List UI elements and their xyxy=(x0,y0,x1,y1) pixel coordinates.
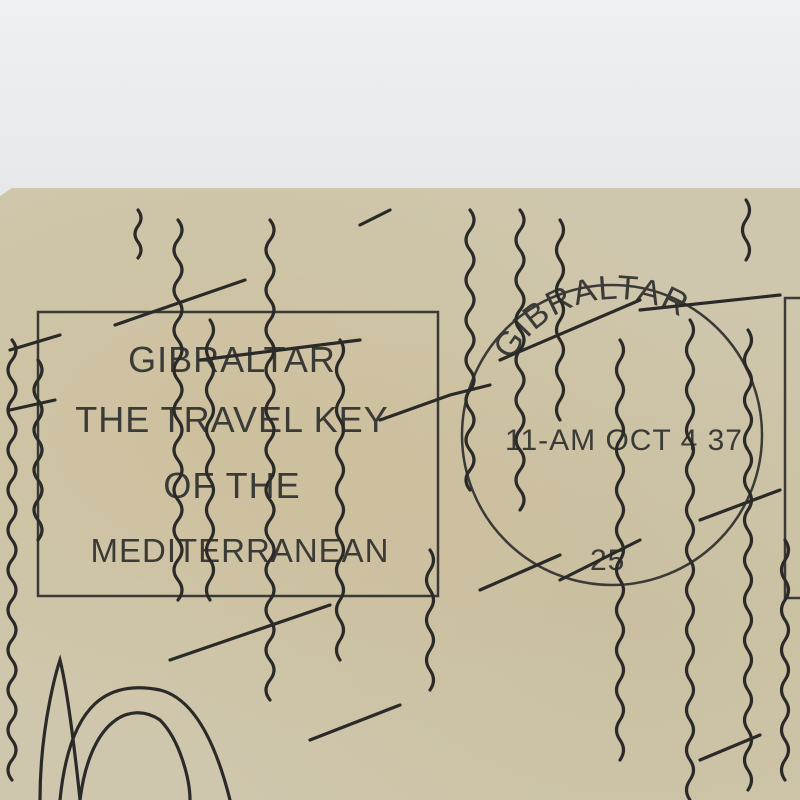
circular-postmark: GIBRALTAR 11-AM OCT 4 37. 25 xyxy=(462,269,762,585)
postcard-markings: GIBRALTAR THE TRAVEL KEY OF THE MEDITERR… xyxy=(0,0,800,800)
slogan-line-3: OF THE xyxy=(163,465,300,506)
slogan-line-1: GIBRALTAR xyxy=(128,339,336,380)
postmark-date: 11-AM OCT 4 37. xyxy=(505,424,752,457)
